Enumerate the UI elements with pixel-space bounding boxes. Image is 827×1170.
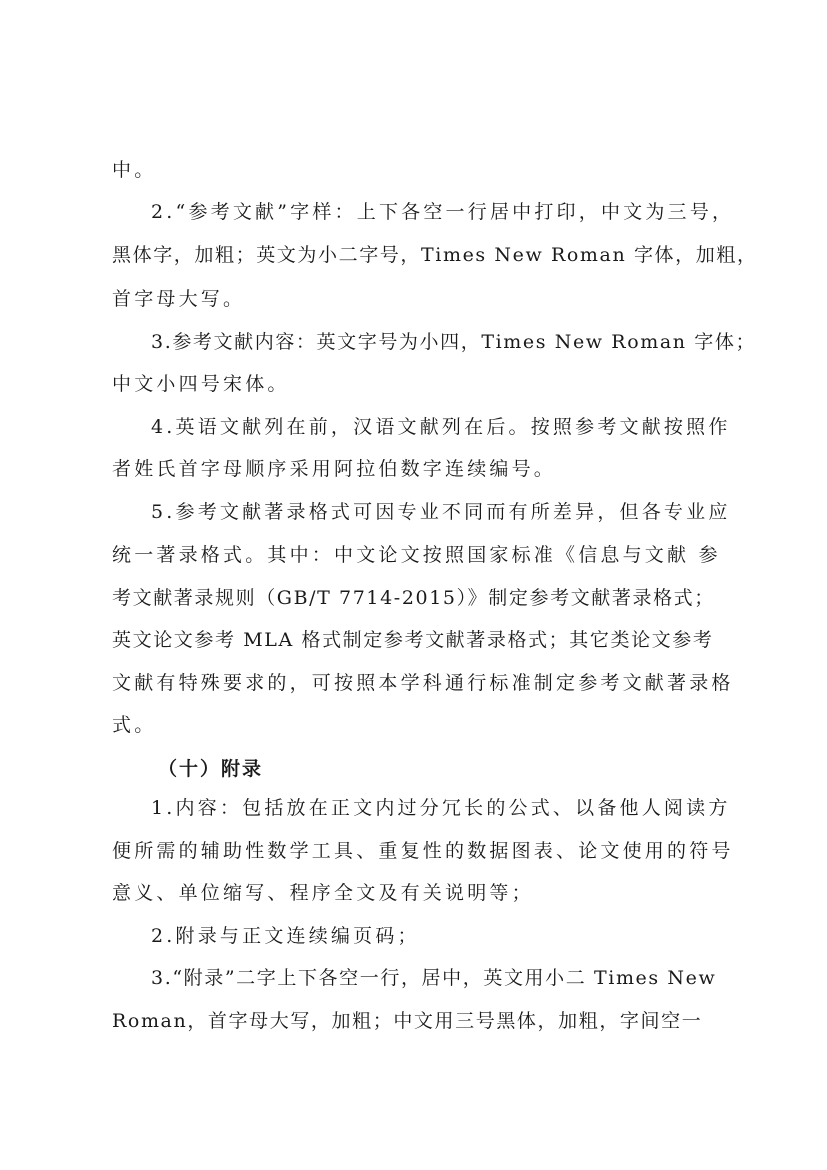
list-item-3: 3.参考文献内容：英文字号为小四，Times New Roman 字体； bbox=[151, 330, 722, 354]
text-line: 统一著录格式。其中：中文论文按照国家标准《信息与文献 参 bbox=[112, 543, 722, 567]
list-item-5: 5.参考文献著录格式可因专业不同而有所差异，但各专业应 bbox=[151, 500, 722, 524]
text-line: 便所需的辅助性数学工具、重复性的数据图表、论文使用的符号 bbox=[112, 839, 722, 863]
text-line: 中。 bbox=[112, 158, 722, 182]
text-line: 中文小四号宋体。 bbox=[112, 372, 722, 396]
text-line: 考文献著录规则（GB/T 7714-2015）》制定参考文献著录格式； bbox=[112, 586, 722, 610]
text-line: 英文论文参考 MLA 格式制定参考文献著录格式；其它类论文参考 bbox=[112, 628, 722, 652]
text-line: 文献有特殊要求的，可按照本学科通行标准制定参考文献著录格 bbox=[112, 671, 722, 695]
list-item-2: 2.“参考文献”字样：上下各空一行居中打印，中文为三号， bbox=[151, 200, 722, 224]
text-line: 意义、单位缩写、程序全文及有关说明等； bbox=[112, 881, 722, 905]
text-line: 首字母大写。 bbox=[112, 287, 722, 311]
list-item-1: 1.内容：包括放在正文内过分冗长的公式、以备他人阅读方 bbox=[151, 796, 722, 820]
list-item-3: 3.“附录”二字上下各空一行，居中，英文用小二 Times New bbox=[151, 966, 722, 990]
list-item-2: 2.附录与正文连续编页码； bbox=[151, 924, 722, 948]
text-line: 黑体字，加粗；英文为小二字号，Times New Roman 字体，加粗， bbox=[112, 243, 722, 267]
text-line: 式。 bbox=[112, 713, 722, 737]
list-item-4: 4.英语文献列在前，汉语文献列在后。按照参考文献按照作 bbox=[151, 415, 722, 439]
text-line: Roman，首字母大写，加粗；中文用三号黑体，加粗，字间空一 bbox=[112, 1009, 722, 1033]
section-heading-appendix: （十）附录 bbox=[158, 757, 768, 781]
document-page: 中。 2.“参考文献”字样：上下各空一行居中打印，中文为三号， 黑体字，加粗；英… bbox=[0, 0, 827, 1170]
text-line: 者姓氏首字母顺序采用阿拉伯数字连续编号。 bbox=[112, 457, 722, 481]
